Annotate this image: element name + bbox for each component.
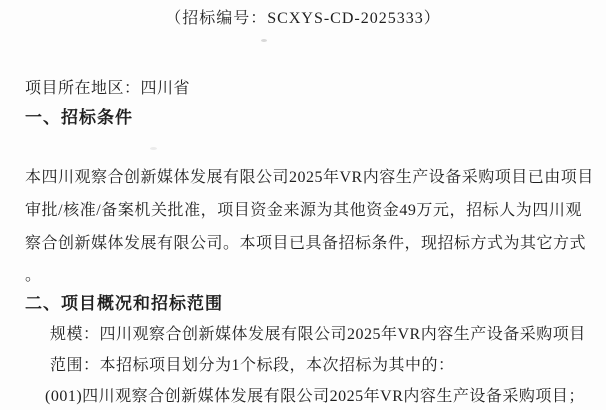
- tender-number-line: （招标编号：SCXYS-CD-2025333）: [0, 9, 606, 28]
- tender-notice-document: （招标编号：SCXYS-CD-2025333） 项目所在地区：四川省 一、招标条…: [0, 0, 606, 410]
- scan-artifact: [570, 328, 579, 332]
- section1-heading: 一、招标条件: [25, 108, 133, 127]
- section1-paragraph-line-3: 察合创新媒体发展有限公司。本项目已具备招标条件，现招标方式为其它方式: [25, 234, 582, 253]
- section1-paragraph-line-4: 。: [25, 266, 42, 285]
- project-scope-line: 范围：本招标项目划分为1个标段，本次招标为其中的：: [50, 356, 455, 375]
- project-location-line: 项目所在地区：四川省: [25, 79, 190, 98]
- lot-001-line: (001)四川观察合创新媒体发展有限公司2025年VR内容生产设备采购项目；: [45, 387, 585, 406]
- section1-paragraph-line-1: 本四川观察合创新媒体发展有限公司2025年VR内容生产设备采购项目已由项目: [25, 168, 582, 187]
- scan-artifact: [150, 147, 157, 150]
- section1-paragraph-line-2: 审批/核准/备案机关批准，项目资金来源为其他资金49万元，招标人为四川观: [25, 201, 582, 220]
- project-scale-line: 规模：四川观察合创新媒体发展有限公司2025年VR内容生产设备采购项目: [50, 325, 586, 344]
- scan-artifact: [261, 39, 267, 42]
- section2-heading: 二、项目概况和招标范围: [25, 294, 223, 313]
